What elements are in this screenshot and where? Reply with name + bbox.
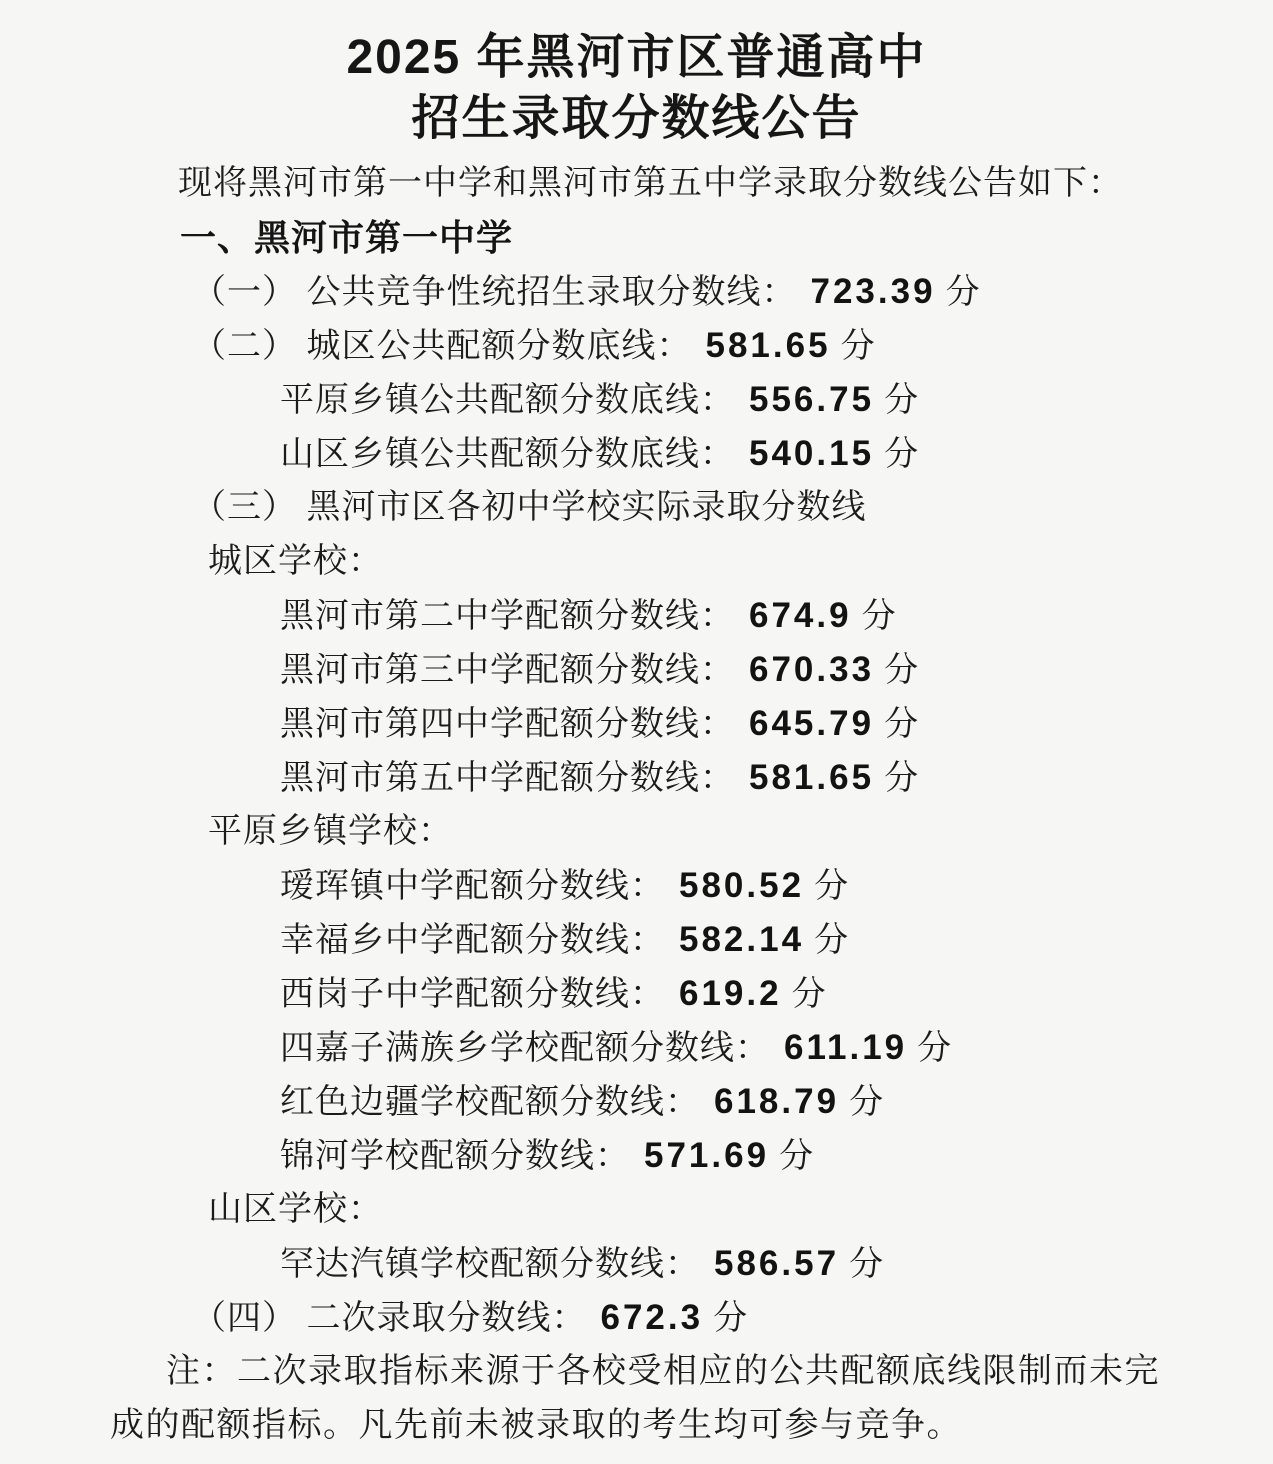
note-paragraph: 注：二次录取指标来源于各校受相应的公共配额底线限制而未完成的配额指标。凡先前未被… [110, 1345, 1170, 1453]
intro-paragraph: 现将黑河市第一中学和黑河市第五中学录取分数线公告如下： [0, 157, 1273, 211]
score-unit: 分 [713, 1300, 748, 1337]
score-value: 581.65 [706, 326, 831, 365]
section-one-heading: 一、黑河市第一中学 [0, 211, 1273, 265]
score-unit: 分 [884, 382, 919, 419]
line-mountain-township-quota-floor: 山区乡镇公共配额分数底线：540.15分 [0, 427, 1273, 481]
score-label: 黑河市第二中学配额分数线： [280, 598, 735, 635]
score-unit: 分 [884, 652, 919, 689]
score-label: 平原乡镇公共配额分数底线： [280, 382, 735, 419]
section-three-heading: （三） 黑河市区各初中学校实际录取分数线 [0, 481, 1273, 535]
score-unit: 分 [841, 328, 876, 365]
score-label: 锦河学校配额分数线： [280, 1138, 630, 1175]
line-heihe-no3-school: 黑河市第三中学配额分数线：670.33分 [0, 643, 1273, 697]
score-value: 645.79 [749, 704, 874, 743]
score-unit: 分 [917, 1030, 952, 1067]
score-label: 黑河市第四中学配额分数线： [280, 706, 735, 743]
score-value: 672.3 [601, 1298, 704, 1337]
score-label: 黑河市第三中学配额分数线： [280, 652, 735, 689]
line-hongse-bianjiang-school: 红色边疆学校配额分数线：618.79分 [0, 1075, 1273, 1129]
announcement-page: 2025 年黑河市区普通高中 招生录取分数线公告 现将黑河市第一中学和黑河市第五… [0, 0, 1273, 1464]
score-value: 670.33 [749, 650, 874, 689]
score-unit: 分 [849, 1084, 884, 1121]
score-unit: 分 [884, 760, 919, 797]
score-label: （二） 城区公共配额分数底线： [192, 328, 692, 365]
score-label: 幸福乡中学配额分数线： [280, 922, 665, 959]
line-handaqi-town-school: 罕达汽镇学校配额分数线：586.57分 [0, 1237, 1273, 1291]
score-value: 571.69 [644, 1136, 769, 1175]
line-heihe-no4-school: 黑河市第四中学配额分数线：645.79分 [0, 697, 1273, 751]
score-label: 黑河市第五中学配额分数线： [280, 760, 735, 797]
score-label: 罕达汽镇学校配额分数线： [280, 1246, 700, 1283]
score-value: 674.9 [749, 596, 852, 635]
score-unit: 分 [946, 274, 981, 311]
line-heihe-no5-school: 黑河市第五中学配额分数线：581.65分 [0, 751, 1273, 805]
line-urban-quota-floor: （二） 城区公共配额分数底线：581.65分 [0, 319, 1273, 373]
score-value: 618.79 [714, 1082, 839, 1121]
line-second-round-score: （四） 二次录取分数线：672.3分 [0, 1291, 1273, 1345]
score-label: 瑷珲镇中学配额分数线： [280, 868, 665, 905]
score-label: （一） 公共竞争性统招生录取分数线： [192, 274, 797, 311]
score-unit: 分 [814, 922, 849, 959]
score-value: 556.75 [749, 380, 874, 419]
score-value: 611.19 [784, 1028, 907, 1067]
score-label: 西岗子中学配额分数线： [280, 976, 665, 1013]
score-unit: 分 [884, 706, 919, 743]
score-value: 580.52 [679, 866, 804, 905]
mountain-schools-heading: 山区学校： [0, 1183, 1273, 1237]
line-plain-township-quota-floor: 平原乡镇公共配额分数底线：556.75分 [0, 373, 1273, 427]
title-line-1: 2025 年黑河市区普通高中 [0, 27, 1273, 88]
line-xingfu-township-school: 幸福乡中学配额分数线：582.14分 [0, 913, 1273, 967]
score-label: 红色边疆学校配额分数线： [280, 1084, 700, 1121]
score-value: 581.65 [749, 758, 874, 797]
score-unit: 分 [849, 1246, 884, 1283]
line-xigangzi-school: 西岗子中学配额分数线：619.2分 [0, 967, 1273, 1021]
title-line-2: 招生录取分数线公告 [0, 88, 1273, 149]
plain-township-schools-heading: 平原乡镇学校： [0, 805, 1273, 859]
score-value: 723.39 [811, 272, 936, 311]
score-label: （四） 二次录取分数线： [192, 1300, 587, 1337]
line-aihui-town-school: 瑷珲镇中学配额分数线：580.52分 [0, 859, 1273, 913]
score-value: 582.14 [679, 920, 804, 959]
line-unified-admission-score: （一） 公共竞争性统招生录取分数线：723.39分 [0, 265, 1273, 319]
line-jinhe-school: 锦河学校配额分数线：571.69分 [0, 1129, 1273, 1183]
announcement-body: 现将黑河市第一中学和黑河市第五中学录取分数线公告如下： 一、黑河市第一中学 （一… [0, 149, 1273, 1453]
score-label: 山区乡镇公共配额分数底线： [280, 436, 735, 473]
line-sijiazi-manchu-school: 四嘉子满族乡学校配额分数线：611.19分 [0, 1021, 1273, 1075]
score-unit: 分 [814, 868, 849, 905]
line-heihe-no2-school: 黑河市第二中学配额分数线：674.9分 [0, 589, 1273, 643]
score-value: 586.57 [714, 1244, 839, 1283]
score-value: 540.15 [749, 434, 874, 473]
score-value: 619.2 [679, 974, 782, 1013]
score-unit: 分 [884, 436, 919, 473]
title-block: 2025 年黑河市区普通高中 招生录取分数线公告 [0, 0, 1273, 149]
score-unit: 分 [792, 976, 827, 1013]
urban-schools-heading: 城区学校： [0, 535, 1273, 589]
score-unit: 分 [862, 598, 897, 635]
score-unit: 分 [779, 1138, 814, 1175]
score-label: 四嘉子满族乡学校配额分数线： [280, 1030, 770, 1067]
